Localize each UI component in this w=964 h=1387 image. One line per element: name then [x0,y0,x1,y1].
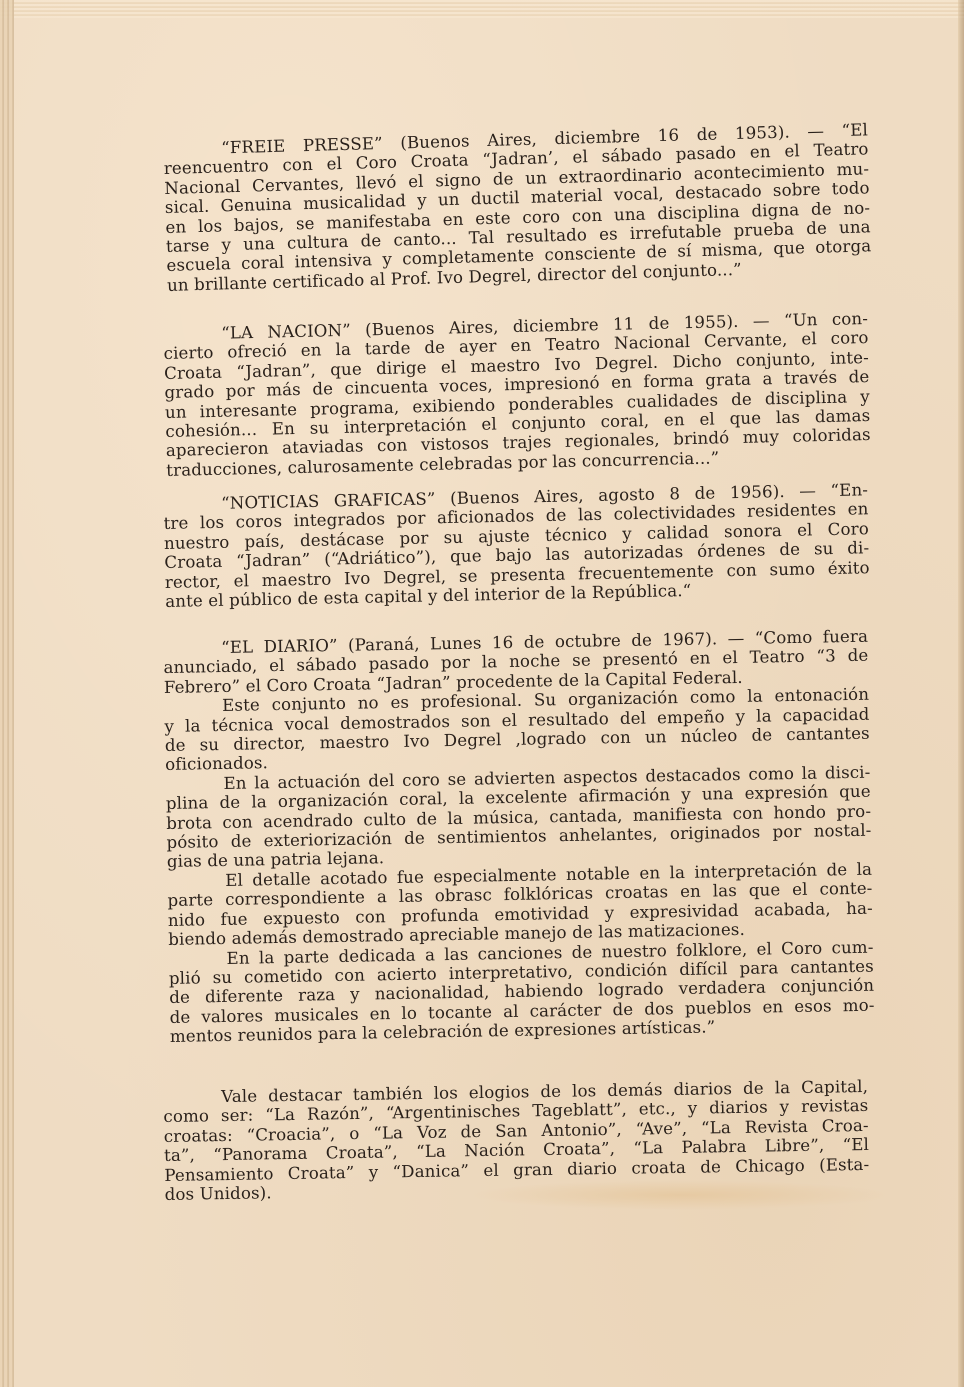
quote-la-nacion: “LA NACION” (Buenos Aires, diciembre 11 … [163,309,871,480]
closing-paragraph: Vale destacar también los elogios de los… [163,1077,870,1204]
quote-freie-presse: “FREIE PRESSE” (Buenos Aires, diciembre … [163,120,872,295]
scanned-page: “FREIE PRESSE” (Buenos Aires, diciembre … [0,0,964,1387]
page-edge-top [0,0,964,18]
quote-noticias-graficas: “NOTICIAS GRAFICAS” (Buenos Aires, agost… [163,480,870,611]
page-edge-left [0,0,14,1387]
page-edge-right [958,0,964,1387]
document-body: “FREIE PRESSE” (Buenos Aires, diciembre … [163,140,868,1205]
quote-el-diario: “EL DIARIO” (Paraná, Lunes 16 de octubre… [163,627,875,1047]
